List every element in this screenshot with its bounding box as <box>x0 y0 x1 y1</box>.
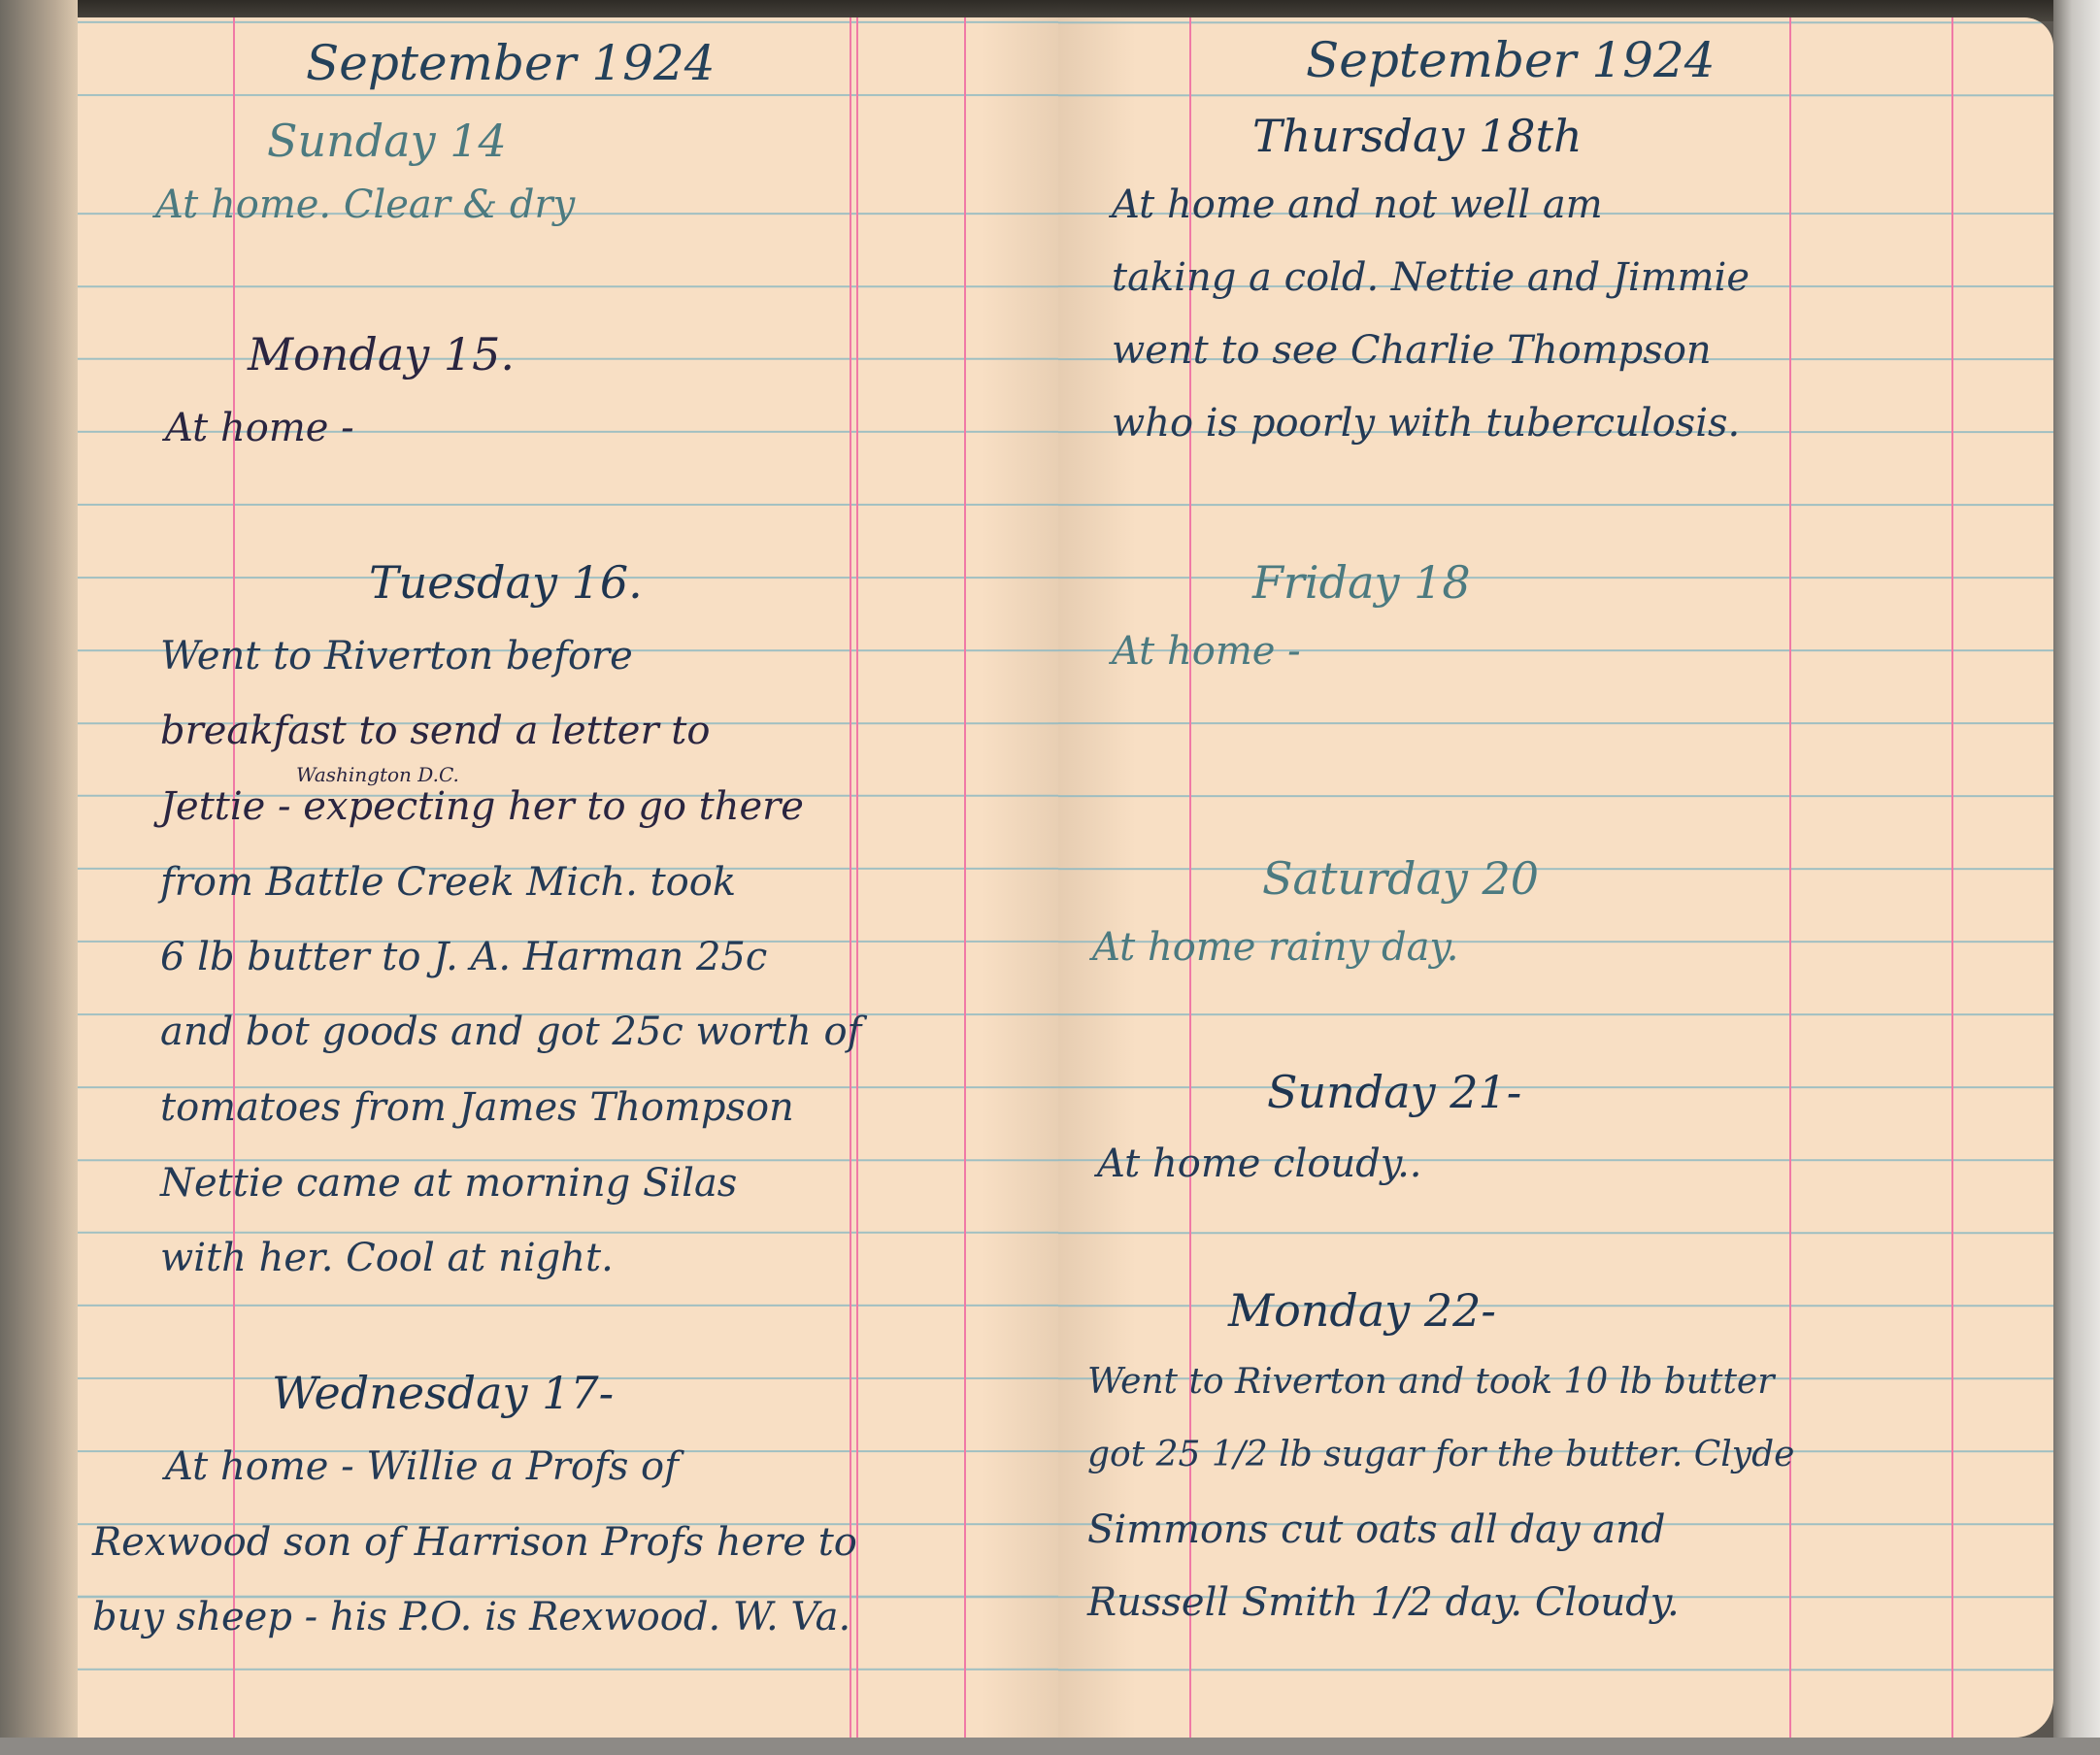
diary-line: got 25 1/2 lb sugar for the butter. Clyd… <box>1087 1435 1795 1474</box>
day-heading: Monday 15. <box>248 328 515 381</box>
diary-line: Went to Riverton and took 10 lb butter <box>1087 1362 1774 1402</box>
diary-line: At home - <box>165 406 354 450</box>
diary-line: went to see Charlie Thompson <box>1112 328 1712 373</box>
diary-line: tomatoes from James Thompson <box>160 1085 794 1130</box>
diary-line: At home cloudy.. <box>1097 1142 1422 1186</box>
diary-line: and bot goods and got 25c worth of <box>160 1010 861 1054</box>
diary-line: Nettie came at morning Silas <box>160 1161 737 1206</box>
diary-line: At home rainy day. <box>1092 925 1458 970</box>
page-header: September 1924 <box>1306 32 1716 88</box>
diary-line: At home - Willie a Profs of <box>165 1444 679 1489</box>
diary-line: Jettie - expecting her to go there <box>160 784 804 829</box>
diary-line: breakfast to send a letter to <box>160 709 710 753</box>
day-heading: Wednesday 17- <box>272 1367 614 1419</box>
diary-line: from Battle Creek Mich. took <box>160 860 736 905</box>
diary-line: At home. Clear & dry <box>155 182 575 227</box>
day-heading: Thursday 18th <box>1252 110 1583 162</box>
diary-line: Rexwood son of Harrison Profs here to <box>92 1520 857 1565</box>
diary-line: 6 lb butter to J. A. Harman 25c <box>160 935 767 979</box>
column-line <box>850 17 851 1738</box>
day-heading: Tuesday 16. <box>369 556 643 609</box>
column-line <box>964 17 966 1738</box>
diary-line: Russell Smith 1/2 day. Cloudy. <box>1087 1580 1680 1625</box>
day-heading: Saturday 20 <box>1262 852 1539 905</box>
diary-line: with her. Cool at night. <box>160 1236 614 1280</box>
left-page: September 1924 Sunday 14 At home. Clear … <box>78 17 1058 1738</box>
page-header: September 1924 <box>306 35 716 91</box>
day-heading: Sunday 21- <box>1267 1066 1521 1118</box>
diary-line: Simmons cut oats all day and <box>1087 1507 1665 1552</box>
diary-line: Went to Riverton before <box>160 634 633 679</box>
diary-line: At home - <box>1112 629 1301 674</box>
diary-line: who is poorly with tuberculosis. <box>1112 401 1740 446</box>
column-line <box>1789 17 1791 1738</box>
column-line <box>856 17 858 1738</box>
diary-line: At home and not well am <box>1112 182 1603 227</box>
notebook-cover-right <box>2053 0 2100 1755</box>
day-heading: Monday 22- <box>1228 1284 1496 1337</box>
day-heading: Friday 18 <box>1252 556 1471 609</box>
interlinear-note: Washington D.C. <box>296 763 459 786</box>
right-page: September 1924 Thursday 18th At home and… <box>1058 17 2053 1738</box>
diary-line: taking a cold. Nettie and Jimmie <box>1112 255 1750 300</box>
notebook-cover-bottom <box>0 1738 2100 1755</box>
diary-line: buy sheep - his P.O. is Rexwood. W. Va. <box>92 1595 850 1639</box>
column-line <box>1951 17 1953 1738</box>
notebook-cover-left <box>0 0 78 1755</box>
day-heading: Sunday 14 <box>267 115 507 167</box>
